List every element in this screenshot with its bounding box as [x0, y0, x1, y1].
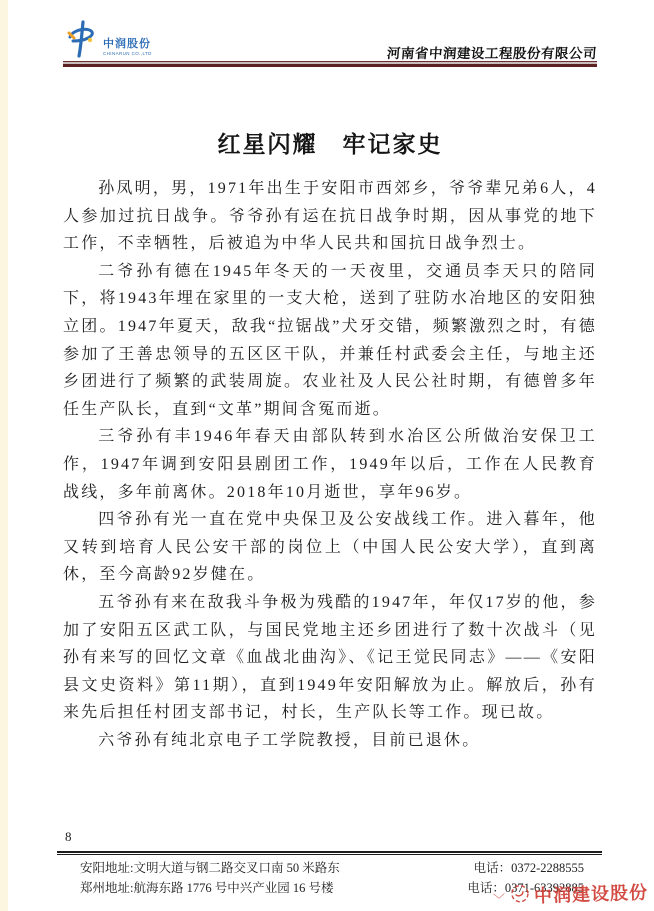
paragraph-5: 五爷孙有来在敌我斗争极为残酷的1947年，年仅17岁的他，参加了安阳五区武工队，… [63, 589, 597, 727]
watermark-text: 中润建设股份 [534, 878, 649, 908]
red-stamp-watermark: ﹀ 中润建设股份 [493, 878, 649, 909]
anyang-address: 安阳地址:文明大道与钢二路交叉口南 50 米路东 [80, 858, 340, 878]
header-rule [63, 61, 597, 67]
paragraph-4: 四爷孙有光一直在党中央保卫及公安战线工作。进入暮年，他又转到培育人民公安干部的岗… [63, 506, 597, 589]
stamp-tick-icon: ﹀ [493, 890, 507, 907]
company-logo-text: 中润股份 CHINARUN CO.,LTD [103, 39, 152, 58]
stamp-seal-icon [510, 883, 531, 909]
page-number: 8 [65, 829, 72, 845]
document-title: 红星闪耀 牢记家史 [63, 126, 597, 159]
logo-name-en: CHINARUN CO.,LTD [103, 52, 152, 57]
paragraph-1: 孙凤明，男，1971年出生于安阳市西郊乡，爷爷辈兄弟6人，4人参加过抗日战争。爷… [63, 175, 597, 258]
header-company-name: 河南省中润建设工程股份有限公司 [386, 42, 597, 62]
footer-row-anyang: 安阳地址:文明大道与钢二路交叉口南 50 米路东 电话：0372-2288555 [80, 858, 594, 878]
paragraph-3: 三爷孙有丰1946年春天由部队转到水冶区公所做治安保卫工作，1947年调到安阳县… [63, 423, 597, 506]
paragraph-2: 二爷孙有德在1945年冬天的一天夜里，交通员李天只的陪同下，将1943年埋在家里… [63, 258, 597, 424]
paragraph-6: 六爷孙有纯北京电子工学院教授，目前已退休。 [63, 727, 597, 755]
logo-name-cn: 中润股份 [103, 39, 152, 50]
company-logo-mark-icon [64, 20, 100, 58]
zhengzhou-address: 郑州地址:航海东路 1776 号中兴产业园 16 号楼 [80, 878, 333, 898]
scan-edge-strip [0, 0, 8, 911]
footer-rule [57, 851, 602, 855]
document-body: 红星闪耀 牢记家史 孙凤明，男，1971年出生于安阳市西郊乡，爷爷辈兄弟6人，4… [63, 126, 597, 754]
document-page: 中润股份 CHINARUN CO.,LTD 河南省中润建设工程股份有限公司 红星… [0, 0, 654, 911]
anyang-phone: 电话：0372-2288555 [474, 858, 584, 878]
company-logo: 中润股份 CHINARUN CO.,LTD [64, 20, 152, 58]
